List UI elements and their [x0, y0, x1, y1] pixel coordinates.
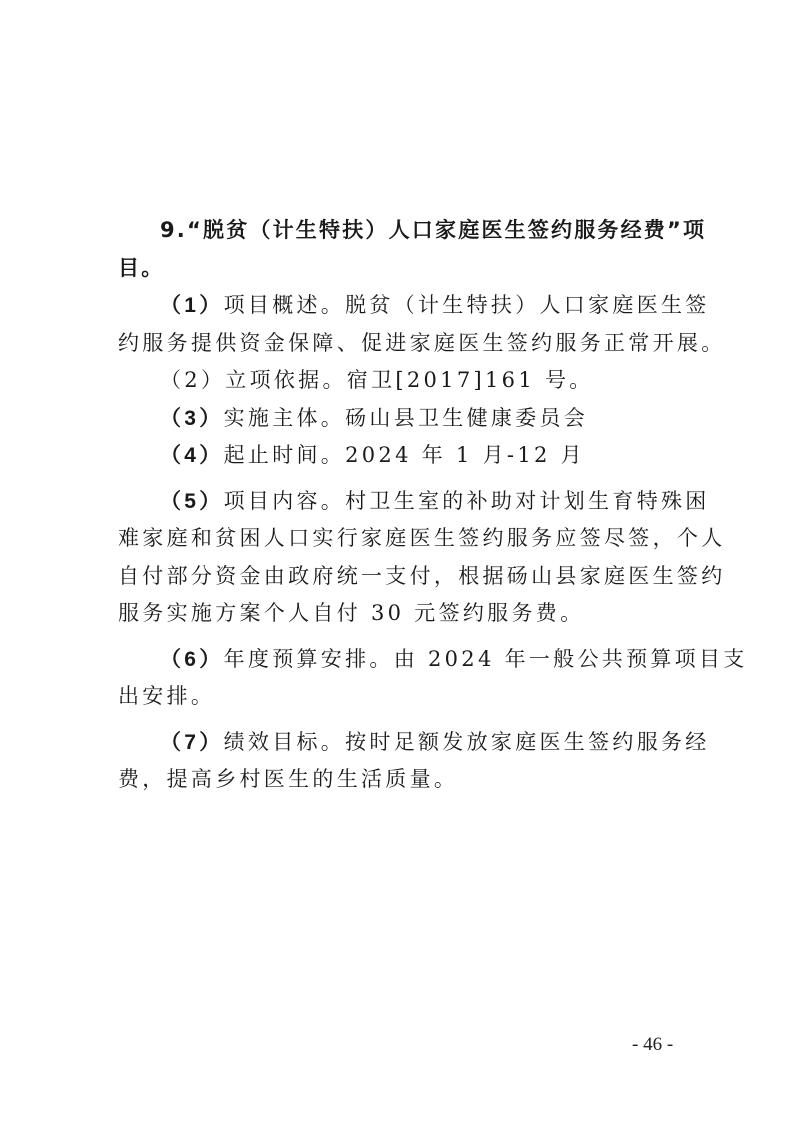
paragraph-period: （4）起止时间。2024 年 1 月-12 月	[118, 437, 676, 475]
paragraph-text: 实施主体。砀山县卫生健康委员会	[224, 406, 589, 430]
paragraph-content: （5）项目内容。村卫生室的补助对计划生育特殊困 难家庭和贫困人口实行家庭医生签约…	[118, 483, 676, 633]
item-marker: （6）	[160, 648, 224, 671]
section-heading-continued: 目。	[118, 250, 676, 288]
paragraph-text: 项目内容。村卫生室的补助对计划生育特殊困	[224, 489, 710, 513]
paragraph-goal: （7）绩效目标。按时足额发放家庭医生签约服务经 费，提高乡村医生的生活质量。	[118, 724, 676, 799]
item-marker: （7）	[160, 731, 224, 754]
item-marker: （2）	[160, 368, 225, 392]
document-body: 9.“脱贫（计生特扶）人口家庭医生签约服务经费”项 目。 （1）项目概述。脱贫（…	[118, 212, 676, 799]
paragraph-text: 年度预算安排。由 2024 年一般公共预算项目支	[224, 647, 748, 671]
paragraph-budget: （6）年度预算安排。由 2024 年一般公共预算项目支 出安排。	[118, 641, 676, 716]
section-heading: 9.“脱贫（计生特扶）人口家庭医生签约服务经费”项	[118, 212, 676, 250]
item-marker: （3）	[160, 407, 224, 430]
paragraph-basis: （2）立项依据。宿卫[2017]161 号。	[118, 362, 676, 400]
paragraph-overview: （1）项目概述。脱贫（计生特扶）人口家庭医生签 约服务提供资金保障、促进家庭医生…	[118, 287, 676, 362]
paragraph-implementer: （3）实施主体。砀山县卫生健康委员会	[118, 400, 676, 438]
paragraph-text: 项目概述。脱贫（计生特扶）人口家庭医生签	[224, 293, 710, 317]
item-marker: （4）	[160, 444, 224, 467]
paragraph-text: 绩效目标。按时足额发放家庭医生签约服务经	[224, 730, 710, 754]
paragraph-text: 自付部分资金由政府统一支付，根据砀山县家庭医生签约	[118, 558, 676, 596]
paragraph-text: 难家庭和贫困人口实行家庭医生签约服务应签尽签，个人	[118, 520, 676, 558]
page-number: - 46 -	[632, 1034, 673, 1056]
paragraph-text: 起止时间。2024 年 1 月-12 月	[224, 443, 585, 467]
item-marker: （1）	[160, 294, 224, 317]
paragraph-text: 费，提高乡村医生的生活质量。	[118, 761, 676, 799]
paragraph-text: 立项依据。宿卫[2017]161 号。	[225, 368, 593, 392]
paragraph-text: 出安排。	[118, 678, 676, 716]
document-page: 9.“脱贫（计生特扶）人口家庭医生签约服务经费”项 目。 （1）项目概述。脱贫（…	[0, 0, 793, 1122]
item-marker: （5）	[160, 490, 224, 513]
paragraph-text: 约服务提供资金保障、促进家庭医生签约服务正常开展。	[118, 325, 676, 363]
paragraph-text: 服务实施方案个人自付 30 元签约服务费。	[118, 595, 676, 633]
